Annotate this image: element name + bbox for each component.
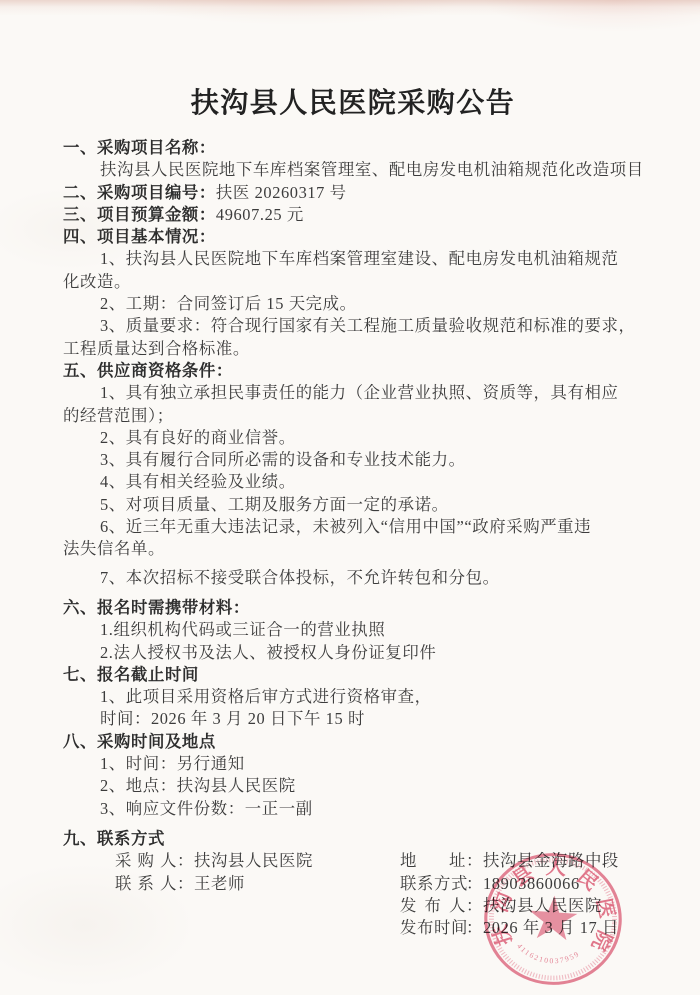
section-7-heading: 七、报名截止时间: [63, 664, 643, 686]
address-line: 地址：扶沟县金海路中段: [400, 850, 643, 872]
doc-line: 3、响应文件份数：一正一副: [63, 798, 643, 820]
doc-line: 2、地点：扶沟县人民医院: [63, 775, 643, 797]
doc-title: 扶沟县人民医院采购公告: [63, 84, 643, 124]
colon: ：: [177, 874, 194, 893]
doc-line: 1.组织机构代码或三证合一的营业执照: [63, 619, 643, 641]
section-1-heading: 一、采购项目名称：: [63, 137, 643, 159]
colon: ：: [466, 918, 483, 937]
contact-info-block: 采购人：扶沟县人民医院 联系人：王老师 地址：扶沟县金海路中段 联系方式：189…: [63, 850, 643, 939]
project-number-value: 扶医 20260317 号: [216, 183, 347, 202]
section-3-heading: 三、项目预算金额：: [63, 205, 216, 224]
document-body: 扶沟县人民医院采购公告 一、采购项目名称： 扶沟县人民医院地下车库档案管理室、配…: [63, 84, 643, 939]
address-label: 地址: [400, 850, 466, 872]
doc-line: 2、工期：合同签订后 15 天完成。: [63, 293, 643, 315]
doc-line: 4、具有相关经验及业绩。: [63, 471, 643, 493]
project-name-line: 扶沟县人民医院地下车库档案管理室、配电房发电机油箱规范化改造项目: [63, 159, 643, 181]
doc-line: 3、具有履行合同所必需的设备和专业技术能力。: [63, 449, 643, 471]
doc-line: 1、扶沟县人民医院地下车库档案管理室建设、配电房发电机油箱规范: [63, 248, 643, 270]
contact-right-column: 地址：扶沟县金海路中段 联系方式：18903860066 发布人：扶沟县人民医院…: [400, 850, 643, 939]
doc-line: 6、近三年无重大违法记录，未被列入“信用中国”“政府采购严重违: [63, 516, 643, 538]
doc-line: 工程质量达到合格标准。: [63, 338, 643, 360]
doc-line: 1、时间：另行通知: [63, 753, 643, 775]
phone-value: 18903860066: [483, 874, 580, 893]
scanned-document-page: 扶沟县人民医院采购公告 一、采购项目名称： 扶沟县人民医院地下车库档案管理室、配…: [0, 0, 700, 995]
publisher-label: 发布人: [400, 895, 466, 917]
section-4-heading: 四、项目基本情况：: [63, 226, 643, 248]
section-3-line: 三、项目预算金额：49607.25 元: [63, 204, 643, 226]
section-9-heading: 九、联系方式: [63, 828, 643, 850]
seal-serial-number: 4116210037959: [514, 941, 582, 967]
section-8-heading: 八、采购时间及地点: [63, 731, 643, 753]
doc-line: 化改造。: [63, 271, 643, 293]
publish-date-line: 发布时间：2026 年 3 月 17 日: [400, 917, 643, 939]
doc-line: 7、本次招标不接受联合体投标，不允许转包和分包。: [63, 567, 643, 589]
contact-left-column: 采购人：扶沟县人民医院 联系人：王老师: [63, 850, 400, 939]
contact-person-label: 联系人: [115, 873, 177, 895]
doc-line: 1、此项目采用资格后审方式进行资格审查，: [63, 686, 643, 708]
publisher-value: 扶沟县人民医院: [483, 896, 602, 915]
purchaser-line: 采购人：扶沟县人民医院: [115, 850, 400, 872]
colon: ：: [466, 874, 483, 893]
purchaser-value: 扶沟县人民医院: [194, 851, 313, 870]
doc-line: 的经营范围）；: [63, 405, 643, 427]
section-2-line: 二、采购项目编号：扶医 20260317 号: [63, 182, 643, 204]
phone-line: 联系方式：18903860066: [400, 873, 643, 895]
purchaser-label: 采购人: [115, 850, 177, 872]
colon: ：: [466, 896, 483, 915]
contact-person-value: 王老师: [194, 874, 245, 893]
doc-line: 1、具有独立承担民事责任的能力（企业营业执照、资质等，具有相应: [63, 382, 643, 404]
doc-line: 3、质量要求：符合现行国家有关工程施工质量验收规范和标准的要求，: [63, 315, 643, 337]
section-2-heading: 二、采购项目编号：: [63, 183, 216, 202]
contact-person-line: 联系人：王老师: [115, 873, 400, 895]
publish-date-label: 发布时间: [400, 917, 466, 939]
address-value: 扶沟县金海路中段: [483, 851, 619, 870]
publisher-line: 发布人：扶沟县人民医院: [400, 895, 643, 917]
svg-text:4116210037959: 4116210037959: [514, 941, 582, 967]
phone-label: 联系方式: [400, 873, 466, 895]
doc-line: 2.法人授权书及法人、被授权人身份证复印件: [63, 642, 643, 664]
section-6-heading: 六、报名时需携带材料：: [63, 597, 643, 619]
doc-line: 法失信名单。: [63, 538, 643, 560]
publish-date-value: 2026 年 3 月 17 日: [483, 918, 619, 937]
colon: ：: [466, 851, 483, 870]
budget-value: 49607.25 元: [216, 205, 304, 224]
doc-line: 5、对项目质量、工期及服务方面一定的承诺。: [63, 494, 643, 516]
deadline-time-line: 时间：2026 年 3 月 20 日下午 15 时: [63, 708, 643, 730]
colon: ：: [177, 851, 194, 870]
section-5-heading: 五、供应商资格条件：: [63, 360, 643, 382]
doc-line: 2、具有良好的商业信誉。: [63, 427, 643, 449]
